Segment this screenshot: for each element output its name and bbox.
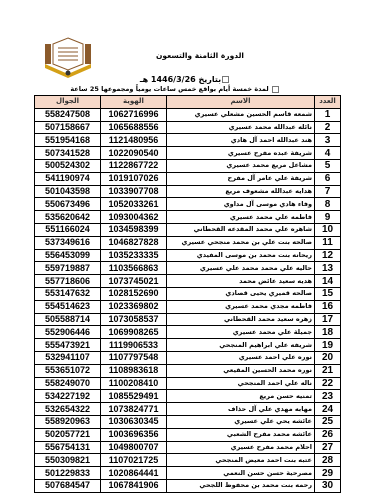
cell-mobile: 558249070 (35, 377, 101, 390)
table-row: 27احلام محمد مفرح عسيري10498007075567541… (35, 441, 341, 454)
cell-id: 1052033261 (101, 198, 167, 211)
cell-num: 10 (315, 223, 341, 236)
cell-id: 1093004362 (101, 211, 167, 224)
table-row: 14هديه سعيد عائض محمد1073745021557718606 (35, 275, 341, 288)
cell-num: 4 (315, 147, 341, 160)
table-row: 28عتبه بنت احمد معيض المنجحي110702172555… (35, 454, 341, 467)
cell-id: 1100208410 (101, 377, 167, 390)
cell-mobile: 507158667 (35, 121, 101, 134)
table-row: 5مشاعل مريع محمد عسيري112286772250052430… (35, 159, 341, 172)
table-row: 29مصرحية حسن حسن النعمي10208644415012298… (35, 467, 341, 480)
cell-id: 1030630345 (101, 415, 167, 428)
cell-mobile: 550673496 (35, 198, 101, 211)
cell-num: 2 (315, 121, 341, 134)
cell-num: 17 (315, 313, 341, 326)
table-row: 3هند عبدالله احمد آل هادي112148095655195… (35, 134, 341, 147)
cell-num: 26 (315, 428, 341, 441)
cell-mobile: 541190974 (35, 172, 101, 185)
table-row: 25عائشه يحي علي عسيري1030630345558920963 (35, 415, 341, 428)
cell-num: 28 (315, 454, 341, 467)
cell-name: هدايه عبدالله مشعوف مريع (167, 185, 315, 198)
cell-id: 1028152690 (101, 287, 167, 300)
cell-id: 1085529491 (101, 390, 167, 403)
cell-name: مهابه مهدي علي آل حذاف (167, 403, 315, 416)
table-row: 4شريفة عبده مفرح عسيري102209054050734152… (35, 147, 341, 160)
cell-mobile: 556754131 (35, 441, 101, 454)
cell-name: ريحانه بنت محمد بن موسى المفيدي (167, 249, 315, 262)
course-duration-note: لمدة خمسة أيام بواقع خمس ساعات يومياً وم… (80, 85, 280, 93)
cell-num: 24 (315, 403, 341, 416)
checkbox-icon (222, 76, 229, 83)
cell-mobile: 559719887 (35, 262, 101, 275)
table-row: 2نائله عبدالله محمد عسيري106568855650715… (35, 121, 341, 134)
cell-num: 14 (315, 275, 341, 288)
table-row: 30رحمه بنت محمد بن محفوظ اللجحي106784190… (35, 479, 341, 492)
cell-name: صالحه قميري يحيى قصادي (167, 287, 315, 300)
cell-mobile: 502057721 (35, 428, 101, 441)
cell-name: شمعه قاسم الحسين مشعلي عسيري (167, 108, 315, 121)
cell-num: 30 (315, 479, 341, 492)
cell-id: 1022090540 (101, 147, 167, 160)
table-row: 26عائشه محمد مفرح الشعبي1003696356502057… (35, 428, 341, 441)
table-row: 21نوره محمد الحسين المقيعي11089836185536… (35, 364, 341, 377)
cell-id: 1034598399 (101, 223, 167, 236)
cell-name: حاليه علي محمد محمد علي عسيري (167, 262, 315, 275)
cell-id: 1108983618 (101, 364, 167, 377)
cell-name: هند عبدالله احمد آل هادي (167, 134, 315, 147)
cell-name: عائشه محمد مفرح الشعبي (167, 428, 315, 441)
column-header-mobile: الجوال (35, 96, 101, 109)
cell-name: صالحه بنت علي بن محمد منجحي عسيري (167, 236, 315, 249)
cell-name: زهره سعيد محمد القحطاني (167, 313, 315, 326)
cell-id: 1067841906 (101, 479, 167, 492)
cell-num: 20 (315, 351, 341, 364)
table-row: 11صالحه بنت علي بن محمد منجحي عسيري10468… (35, 236, 341, 249)
table-row: 23تمنيه حسن مريع1085529491534227192 (35, 390, 341, 403)
cell-num: 11 (315, 236, 341, 249)
cell-num: 6 (315, 172, 341, 185)
cell-name: فاطمه مجدي محمد عسيري (167, 300, 315, 313)
cell-mobile: 557718606 (35, 275, 101, 288)
cell-num: 15 (315, 287, 341, 300)
cell-name: مصرحية حسن حسن النعمي (167, 467, 315, 480)
table-row: 16فاطمه مجدي محمد عسيري10233698025545146… (35, 300, 341, 313)
table-row: 12ريحانه بنت محمد بن موسى المفيدي1035233… (35, 249, 341, 262)
cell-name: ناله علي احمد المنجحي (167, 377, 315, 390)
table-row: 8وفاء هادي موسى آل مداوي1052033261550673… (35, 198, 341, 211)
cell-num: 16 (315, 300, 341, 313)
table-row: 9فاطمه علي محمد عسيري1093004362535620642 (35, 211, 341, 224)
cell-name: عتبه بنت احمد معيض المنجحي (167, 454, 315, 467)
cell-name: احلام محمد مفرح عسيري (167, 441, 315, 454)
cell-mobile: 551954168 (35, 134, 101, 147)
cell-num: 18 (315, 326, 341, 339)
cell-id: 1103566863 (101, 262, 167, 275)
cell-num: 9 (315, 211, 341, 224)
cell-num: 23 (315, 390, 341, 403)
cell-mobile: 551166024 (35, 223, 101, 236)
table-row: 19شريفه علي ابراهيم المنجحي1119906533555… (35, 339, 341, 352)
cell-name: نوره محمد الحسين المقيعي (167, 364, 315, 377)
column-header-name: الاسم (167, 96, 315, 109)
cell-mobile: 537349616 (35, 236, 101, 249)
cell-name: جميلة علي محمد عسيري (167, 326, 315, 339)
cell-num: 29 (315, 467, 341, 480)
cell-id: 1003696356 (101, 428, 167, 441)
cell-id: 1023369802 (101, 300, 167, 313)
cell-id: 1035233335 (101, 249, 167, 262)
cell-mobile: 505588714 (35, 313, 101, 326)
cell-id: 1046827828 (101, 236, 167, 249)
cell-num: 3 (315, 134, 341, 147)
cell-num: 1 (315, 108, 341, 121)
cell-num: 12 (315, 249, 341, 262)
cell-num: 8 (315, 198, 341, 211)
cell-mobile: 500524302 (35, 159, 101, 172)
table-row: 22ناله علي احمد المنجحي11002084105582490… (35, 377, 341, 390)
cell-num: 19 (315, 339, 341, 352)
table-row: 6شريفة علي عامر آل مفرح10191070265411909… (35, 172, 341, 185)
table-row: 10شاهره علي محمد المقدعه القحطاني1034598… (35, 223, 341, 236)
cell-id: 1073058537 (101, 313, 167, 326)
cell-mobile: 558920963 (35, 415, 101, 428)
cell-mobile: 553651072 (35, 364, 101, 377)
course-date: بتاريخ 1446/3/26 هـ (130, 75, 240, 84)
table-row: 7هدايه عبدالله مشعوف مريع103390770850104… (35, 185, 341, 198)
cell-id: 1107021725 (101, 454, 167, 467)
cell-mobile: 507341528 (35, 147, 101, 160)
cell-num: 7 (315, 185, 341, 198)
table-header-row: العدد الاسم الهوية الجوال (35, 96, 341, 109)
cell-name: فاطمه علي محمد عسيري (167, 211, 315, 224)
cell-mobile: 552906446 (35, 326, 101, 339)
column-header-num: العدد (315, 96, 341, 109)
cell-mobile: 501043598 (35, 185, 101, 198)
cell-name: مشاعل مريع محمد عسيري (167, 159, 315, 172)
cell-id: 1107797548 (101, 351, 167, 364)
cell-name: نائله عبدالله محمد عسيري (167, 121, 315, 134)
cell-id: 1019107026 (101, 172, 167, 185)
cell-mobile: 554514623 (35, 300, 101, 313)
cell-mobile: 532941107 (35, 351, 101, 364)
cell-id: 1062716996 (101, 108, 167, 121)
cell-mobile: 558247508 (35, 108, 101, 121)
cell-num: 27 (315, 441, 341, 454)
table-row: 18جميلة علي محمد عسيري106990826555290644… (35, 326, 341, 339)
cell-mobile: 550309821 (35, 454, 101, 467)
cell-id: 1065688556 (101, 121, 167, 134)
cell-name: رحمه بنت محمد بن محفوظ اللجحي (167, 479, 315, 492)
cell-num: 21 (315, 364, 341, 377)
cell-name: نوره علي احمد عسيري (167, 351, 315, 364)
cell-num: 5 (315, 159, 341, 172)
table-row: 24مهابه مهدي علي آل حذاف1073824771532654… (35, 403, 341, 416)
cell-mobile: 553147632 (35, 287, 101, 300)
cell-id: 1119906533 (101, 339, 167, 352)
cell-name: عائشه يحي علي عسيري (167, 415, 315, 428)
column-header-id: الهوية (101, 96, 167, 109)
cell-mobile: 501229833 (35, 467, 101, 480)
cell-mobile: 532654322 (35, 403, 101, 416)
cell-id: 1121480956 (101, 134, 167, 147)
organization-logo (43, 36, 93, 78)
cell-name: شريفة عبده مفرح عسيري (167, 147, 315, 160)
cell-id: 1020864441 (101, 467, 167, 480)
cell-name: تمنيه حسن مريع (167, 390, 315, 403)
cell-name: وفاء هادي موسى آل مداوي (167, 198, 315, 211)
cell-id: 1073745021 (101, 275, 167, 288)
cell-id: 1033907708 (101, 185, 167, 198)
cell-name: شاهره علي محمد المقدعه القحطاني (167, 223, 315, 236)
table-row: 17زهره سعيد محمد القحطاني107305853750558… (35, 313, 341, 326)
cell-mobile: 535620642 (35, 211, 101, 224)
participants-table: العدد الاسم الهوية الجوال 1شمعه قاسم الح… (34, 95, 341, 493)
table-row: 20نوره علي احمد عسيري1107797548532941107 (35, 351, 341, 364)
course-title: الدورة الثامنة والتسعون (140, 51, 260, 60)
cell-id: 1122867722 (101, 159, 167, 172)
cell-mobile: 555473921 (35, 339, 101, 352)
cell-num: 22 (315, 377, 341, 390)
cell-num: 13 (315, 262, 341, 275)
checkbox-icon (272, 86, 279, 93)
cell-num: 25 (315, 415, 341, 428)
cell-name: هديه سعيد عائض محمد (167, 275, 315, 288)
table-row: 15صالحه قميري يحيى قصادي1028152690553147… (35, 287, 341, 300)
cell-name: شريفه علي ابراهيم المنجحي (167, 339, 315, 352)
table-row: 13حاليه علي محمد محمد علي عسيري110356686… (35, 262, 341, 275)
table-row: 1شمعه قاسم الحسين مشعلي عسيري10627169965… (35, 108, 341, 121)
cell-mobile: 556453099 (35, 249, 101, 262)
cell-name: شريفة علي عامر آل مفرح (167, 172, 315, 185)
cell-id: 1049800707 (101, 441, 167, 454)
cell-mobile: 507684547 (35, 479, 101, 492)
cell-id: 1073824771 (101, 403, 167, 416)
cell-mobile: 534227192 (35, 390, 101, 403)
cell-id: 1069908265 (101, 326, 167, 339)
